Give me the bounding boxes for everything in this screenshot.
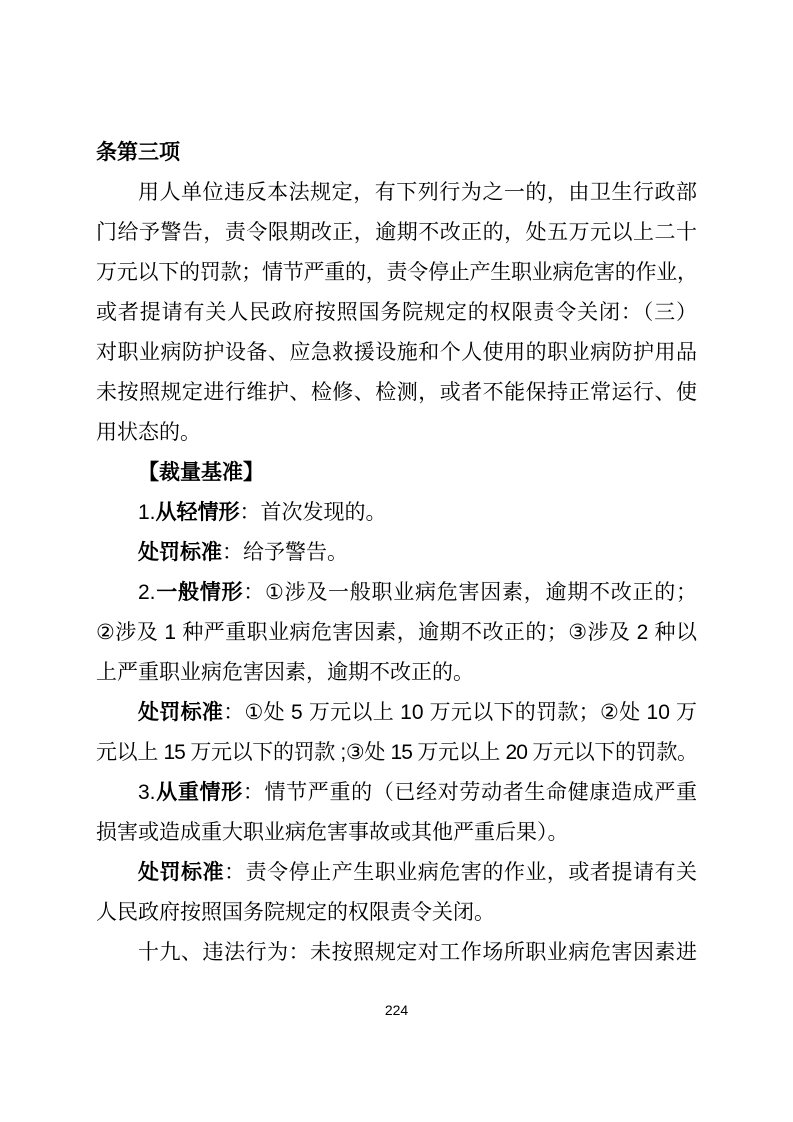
text-segment: 3. <box>138 781 156 804</box>
text-segment: ：①处 5 万元以上 10 万元以下的罚款；②处 10 万 <box>223 701 697 724</box>
text-line: 人民政府按照国务院规定的权限责令关闭。 <box>96 893 697 933</box>
page-number: 224 <box>0 1000 793 1020</box>
text-line: 万元以下的罚款；情节严重的，责令停止产生职业病危害的作业， <box>96 253 697 293</box>
text-line: 门给予警告，责令限期改正，逾期不改正的，处五万元以上二十 <box>96 213 697 253</box>
text-line: 十九、违法行为：未按照规定对工作场所职业病危害因素进 <box>96 933 697 973</box>
bold-text-segment: 一般情形 <box>156 581 244 604</box>
text-segment: 用人单位违反本法规定，有下列行为之一的，由卫生行政部 <box>138 181 697 204</box>
text-segment: 万元以下的罚款；情节严重的，责令停止产生职业病危害的作业， <box>96 261 697 284</box>
text-segment: 人民政府按照国务院规定的权限责令关闭。 <box>96 901 495 924</box>
document-page: 条第三项用人单位违反本法规定，有下列行为之一的，由卫生行政部门给予警告，责令限期… <box>0 0 793 1122</box>
bold-text-segment: 【裁量基准】 <box>138 461 264 484</box>
text-line: 处罚标准：责令停止产生职业病危害的作业，或者提请有关 <box>96 853 697 893</box>
text-segment: 门给予警告，责令限期改正，逾期不改正的，处五万元以上二十 <box>96 221 697 244</box>
text-line: 1.从轻情形：首次发现的。 <box>96 493 697 533</box>
text-segment: ：责令停止产生职业病危害的作业，或者提请有关 <box>224 861 697 884</box>
text-segment: 元以上 15 万元以下的罚款 ;③处 15 万元以上 20 万元以下的罚款。 <box>96 741 697 764</box>
text-segment: 损害或造成重大职业病危害事故或其他严重后果）。 <box>96 821 569 844</box>
bold-text-segment: 条第三项 <box>96 141 180 164</box>
text-segment: 上严重职业病危害因素，逾期不改正的。 <box>96 661 474 684</box>
bold-text-segment: 处罚标准 <box>138 861 224 884</box>
text-segment: ：情节严重的（已经对劳动者生命健康造成严重 <box>243 781 697 804</box>
text-segment: 或者提请有关人民政府按照国务院规定的权限责令关闭：（三） <box>96 301 697 324</box>
text-segment: 用状态的。 <box>96 421 201 444</box>
text-segment: 1. <box>138 501 156 524</box>
text-line: 或者提请有关人民政府按照国务院规定的权限责令关闭：（三） <box>96 293 697 333</box>
text-line: 用人单位违反本法规定，有下列行为之一的，由卫生行政部 <box>96 173 697 213</box>
text-segment: 十九、违法行为：未按照规定对工作场所职业病危害因素进 <box>138 941 697 964</box>
text-line: 处罚标准：①处 5 万元以上 10 万元以下的罚款；②处 10 万 <box>96 693 697 733</box>
text-segment: 2. <box>138 581 156 604</box>
subsection-heading: 【裁量基准】 <box>96 453 697 493</box>
bold-text-segment: 从轻情形 <box>156 501 240 524</box>
text-line: 3.从重情形：情节严重的（已经对劳动者生命健康造成严重 <box>96 773 697 813</box>
text-line: 对职业病防护设备、应急救援设施和个人使用的职业病防护用品 <box>96 333 697 373</box>
text-block: 条第三项用人单位违反本法规定，有下列行为之一的，由卫生行政部门给予警告，责令限期… <box>96 133 697 973</box>
text-line: 元以上 15 万元以下的罚款 ;③处 15 万元以上 20 万元以下的罚款。 <box>96 733 697 773</box>
text-line: 2.一般情形：①涉及一般职业病危害因素，逾期不改正的； <box>96 573 697 613</box>
text-line: 用状态的。 <box>96 413 697 453</box>
bold-text-segment: 处罚标准 <box>138 541 222 564</box>
text-segment: ：给予警告。 <box>222 541 348 564</box>
section-heading: 条第三项 <box>96 133 697 173</box>
text-segment: ：首次发现的。 <box>240 501 387 524</box>
text-line: 未按照规定进行维护、检修、检测，或者不能保持正常运行、使 <box>96 373 697 413</box>
text-line: 损害或造成重大职业病危害事故或其他严重后果）。 <box>96 813 697 853</box>
text-segment: ：①涉及一般职业病危害因素，逾期不改正的； <box>243 581 697 604</box>
text-segment: 未按照规定进行维护、检修、检测，或者不能保持正常运行、使 <box>96 381 697 404</box>
text-line: 上严重职业病危害因素，逾期不改正的。 <box>96 653 697 693</box>
text-line: ②涉及 1 种严重职业病危害因素，逾期不改正的；③涉及 2 种以 <box>96 613 697 653</box>
text-line: 处罚标准：给予警告。 <box>96 533 697 573</box>
text-segment: ②涉及 1 种严重职业病危害因素，逾期不改正的；③涉及 2 种以 <box>96 621 697 644</box>
bold-text-segment: 处罚标准 <box>138 701 223 724</box>
text-segment: 对职业病防护设备、应急救援设施和个人使用的职业病防护用品 <box>96 341 697 364</box>
bold-text-segment: 从重情形 <box>156 781 243 804</box>
